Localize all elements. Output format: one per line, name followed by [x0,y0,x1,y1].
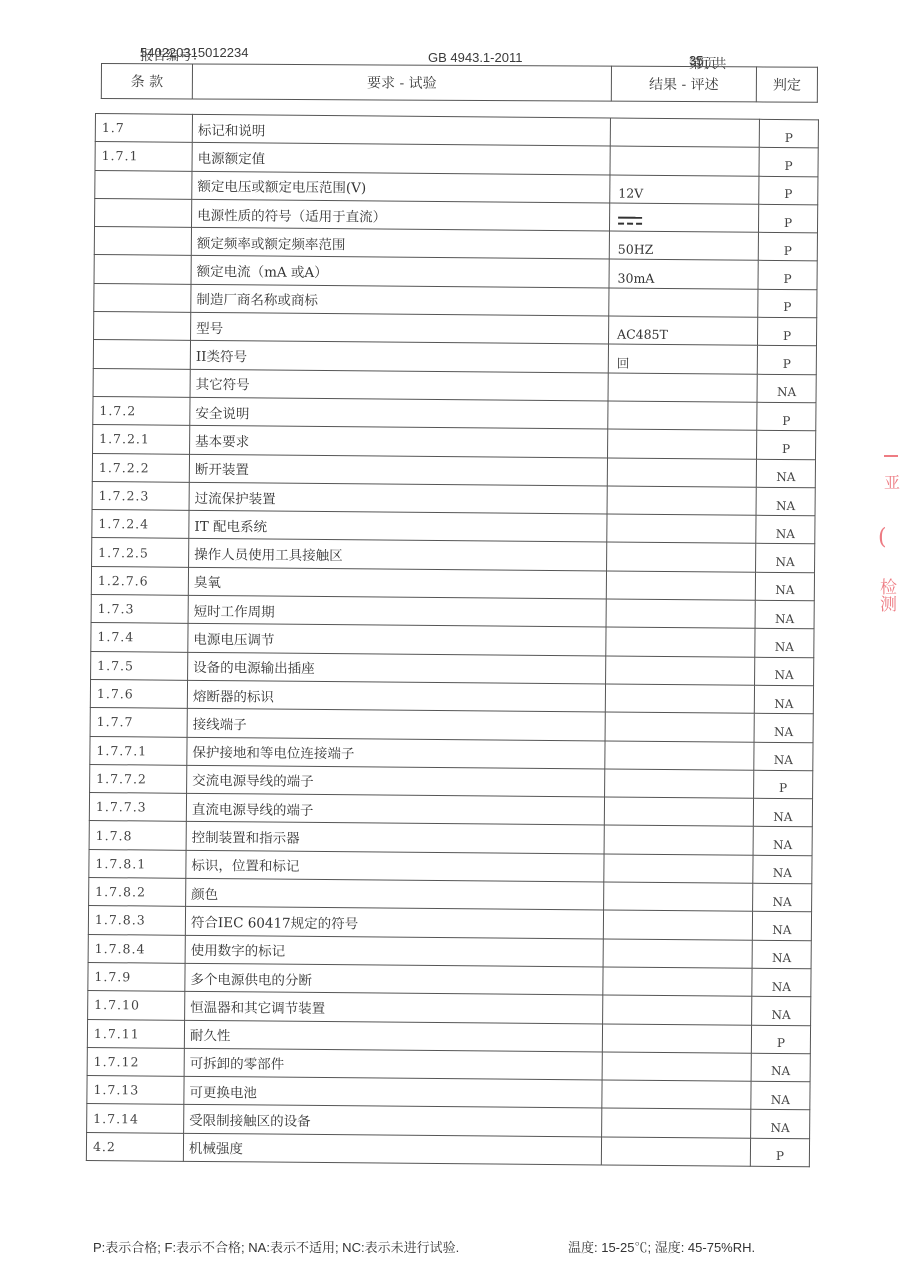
verdict-cell: NA [755,657,814,686]
requirement-cell: 其它符号 [190,369,608,401]
result-cell [603,995,752,1025]
requirement-cell: 使用数字的标记 [185,935,603,967]
report-number-value: 540220315012234 [140,45,248,60]
verdict-cell-text: P [783,300,791,314]
result-cell [607,514,756,544]
result-cell [601,1137,750,1167]
result-cell-text: 50HZ [618,242,654,257]
verdict-cell-text: NA [773,866,792,880]
verdict-cell-text: P [782,442,790,456]
requirement-cell: 设备的电源输出插座 [188,652,606,684]
verdict-cell: P [759,119,818,148]
verdict-cell-text: P [784,216,792,230]
result-cell [603,939,752,969]
verdict-cell: P [757,317,816,346]
result-cell [602,1052,751,1082]
requirement-cell: 电源额定值 [192,143,610,175]
result-cell [605,712,754,742]
result-cell [602,1023,751,1053]
result-cell-text: 回 [617,356,630,371]
requirement-cell: 基本要求 [190,426,608,458]
verdict-cell-text: P [784,187,792,201]
requirement-cell: 额定电压或额定电压范围(V) [192,171,610,203]
requirement-cell: 符合IEC 60417规定的符号 [185,907,603,939]
verdict-cell-text: NA [772,895,791,909]
clause-cell: 1.7.10 [88,991,185,1020]
verdict-cell-text: P [784,244,792,258]
clause-cell: 1.7.8.1 [89,849,186,878]
verdict-cell-text: NA [773,810,792,824]
verdict-cell: P [757,431,816,460]
verdict-cell-text: P [777,1036,785,1050]
stamp-paren: ( [878,525,887,550]
requirement-cell: 机械强度 [183,1133,601,1165]
requirement-cell: 断开装置 [189,454,607,486]
result-cell [606,627,755,657]
clause-cell: 1.7.9 [88,962,185,991]
clause-cell: 1.7.8.3 [88,906,185,935]
requirement-cell: 额定电流（mA 或A） [191,256,609,288]
verdict-cell-text: NA [772,979,791,993]
verdict-cell: P [757,346,816,375]
requirement-cell: 多个电源供电的分断 [185,963,603,995]
dc-symbol-icon [618,216,642,226]
result-cell [604,854,753,884]
verdict-cell: NA [754,714,813,743]
header-verdict: 判定 [756,67,817,102]
result-cell [604,882,753,912]
verdict-cell: NA [756,515,815,544]
result-cell [605,684,754,714]
clause-cell: 1.7.7.3 [89,793,186,822]
result-cell [604,825,753,855]
requirement-cell: IT 配电系统 [189,510,607,542]
requirement-cell: 制造厂商名称或商标 [191,284,609,316]
requirement-cell: 耐久性 [184,1020,602,1052]
result-cell [608,373,757,403]
requirement-cell: 安全说明 [190,397,608,429]
result-cell-text: 30mA [618,270,655,285]
verdict-cell: NA [753,798,812,827]
verdict-cell: NA [757,374,816,403]
clause-cell: 1.7.14 [87,1104,184,1133]
requirement-cell: 恒温器和其它调节装置 [185,992,603,1024]
table-header: 条 款 要求 - 试验 结果 - 评述 判定 [101,63,818,103]
verdict-cell-text: P [783,357,791,371]
clause-cell: 1.7.8.4 [88,934,185,963]
verdict-cell-text: NA [774,668,793,682]
requirement-cell: 颜色 [186,878,604,910]
verdict-cell: P [754,770,813,799]
verdict-cell-text: P [784,159,792,173]
verdict-cell: P [757,402,816,431]
requirement-cell: 型号 [191,312,609,344]
verdict-cell-text: P [776,1149,784,1163]
header-requirement: 要求 - 试验 [192,64,611,101]
result-cell [606,599,755,629]
result-cell: 50HZ [609,231,758,261]
clause-cell: 1.7.7.2 [90,764,187,793]
verdict-cell: P [758,232,817,261]
requirement-cell: 控制装置和指示器 [186,822,604,854]
clause-cell: 1.7.2.2 [92,453,189,482]
verdict-cell: NA [753,855,812,884]
verdict-cell: P [758,289,817,318]
verdict-cell: NA [753,883,812,912]
stamp-mark [884,455,898,457]
result-cell-text: AC485T [617,327,668,342]
requirement-cell: 臭氧 [188,567,606,599]
verdict-cell: P [750,1138,809,1167]
verdict-cell: NA [756,544,815,573]
requirement-cell: 电源电压调节 [188,624,606,656]
verdict-cell: NA [751,1081,810,1110]
environment-conditions: 温度: 15-25℃; 湿度: 45-75%RH. [568,1237,755,1256]
verdict-cell-text: NA [775,612,794,626]
result-cell [605,769,754,799]
verdict-cell-text: NA [775,583,794,597]
verdict-cell-text: NA [772,951,791,965]
result-cell [606,656,755,686]
clause-cell [95,198,192,227]
verdict-cell-text: NA [776,470,795,484]
verdict-legend: P:表示合格; F:表示不合格; NA:表示不适用; NC:表示未进行试验. [93,1240,459,1255]
clause-cell: 1.7.1 [95,142,192,171]
result-cell [603,910,752,940]
clause-cell: 1.7.2.5 [92,538,189,567]
requirement-cell: 交流电源导线的端子 [187,765,605,797]
requirement-cell: 受限制接触区的设备 [184,1105,602,1137]
clause-cell: 1.7.6 [90,679,187,708]
result-cell [608,429,757,459]
verdict-cell-text: NA [774,725,793,739]
verdict-cell: P [759,148,818,177]
clause-cell [93,340,190,369]
requirement-cell: II类符号 [190,341,608,373]
clause-cell: 1.7.2.3 [92,481,189,510]
result-cell: 12V [610,175,759,205]
clause-cell: 1.7.8 [89,821,186,850]
result-cell [603,967,752,997]
clause-cell: 1.7.8.2 [89,877,186,906]
clause-cell: 4.2 [86,1132,183,1161]
stamp-char: 亚 [884,470,900,493]
standard-code: GB 4943.1-2011 [428,50,522,65]
result-cell [607,542,756,572]
header-clause: 条 款 [101,64,192,99]
result-cell [606,571,755,601]
verdict-cell: P [751,1025,810,1054]
clause-cell [94,255,191,284]
result-cell [610,146,759,176]
result-cell [604,797,753,827]
clause-cell: 1.7.12 [87,1047,184,1076]
clause-cell: 1.7.7 [90,708,187,737]
result-cell [605,741,754,771]
result-cell [610,118,759,148]
verdict-cell: NA [753,827,812,856]
clause-cell [95,170,192,199]
verdict-cell-text: NA [776,498,795,512]
verdict-cell: NA [755,600,814,629]
verdict-cell-text: P [782,414,790,428]
result-cell [602,1108,751,1138]
clause-cell [94,283,191,312]
verdict-cell-text: P [783,329,791,343]
clause-cell: 1.7.13 [87,1076,184,1105]
result-cell [609,288,758,318]
verdict-cell: NA [752,940,811,969]
test-results-table: 1.7标记和说明P1.7.1电源额定值P额定电压或额定电压范围(V)12VP电源… [86,113,819,1167]
verdict-cell: P [758,261,817,290]
requirement-cell: 接线端子 [187,709,605,741]
result-cell: 回 [608,344,757,374]
verdict-cell-text: P [779,781,787,795]
clause-cell [93,368,190,397]
result-cell-text: 12V [618,185,643,200]
verdict-cell-text: NA [775,555,794,569]
clause-cell: 1.7.4 [91,623,188,652]
stamp-char: 检测 [880,580,897,614]
verdict-cell-text: NA [775,640,794,654]
requirement-cell: 熔断器的标识 [187,680,605,712]
verdict-cell: NA [751,1110,810,1139]
result-cell [607,486,756,516]
header-result: 结果 - 评述 [611,66,756,102]
requirement-cell: 过流保护装置 [189,482,607,514]
verdict-cell-text: NA [777,385,796,399]
clause-cell: 1.7.3 [91,595,188,624]
requirement-cell: 可更换电池 [184,1076,602,1108]
result-cell: 30mA [609,259,758,289]
verdict-cell: NA [754,742,813,771]
verdict-cell: NA [751,1053,810,1082]
verdict-cell: NA [756,459,815,488]
report-header: 报告编号：540220315012234 GB 4943.1-2011 第3页 … [140,44,820,64]
requirement-cell: 操作人员使用工具接触区 [189,539,607,571]
verdict-cell: NA [752,968,811,997]
verdict-cell-text: P [785,131,793,145]
verdict-cell-text: NA [771,1064,790,1078]
clause-cell: 1.7 [95,114,192,143]
requirement-cell: 直流电源导线的端子 [186,793,604,825]
verdict-cell-text: P [783,272,791,286]
clause-cell: 1.7.2.4 [92,510,189,539]
result-cell [609,203,758,233]
verdict-cell: NA [756,487,815,516]
verdict-cell-text: NA [772,1008,791,1022]
verdict-cell-text: NA [772,923,791,937]
requirement-cell: 电源性质的符号（适用于直流） [192,199,610,231]
verdict-cell: NA [755,572,814,601]
verdict-cell: P [759,176,818,205]
table-row: 4.2机械强度P [86,1132,809,1167]
verdict-cell-text: NA [776,527,795,541]
clause-cell: 1.7.2 [93,396,190,425]
requirement-cell: 标记和说明 [192,114,610,146]
verdict-cell-text: NA [774,753,793,767]
verdict-cell-text: NA [774,697,793,711]
requirement-cell: 短时工作周期 [188,595,606,627]
clause-cell [94,312,191,341]
clause-cell: 1.7.7.1 [90,736,187,765]
result-cell [607,458,756,488]
verdict-cell: NA [752,912,811,941]
verdict-cell: NA [754,685,813,714]
result-cell [608,401,757,431]
requirement-cell: 额定频率或额定频率范围 [191,228,609,260]
requirement-cell: 保护接地和等电位连接端子 [187,737,605,769]
verdict-cell-text: NA [771,1093,790,1107]
footer-legend: P:表示合格; F:表示不合格; NA:表示不适用; NC:表示未进行试验. 温… [93,1237,813,1256]
verdict-cell: P [758,204,817,233]
requirement-cell: 可拆卸的零部件 [184,1048,602,1080]
verdict-cell-text: NA [771,1121,790,1135]
verdict-cell: NA [755,629,814,658]
clause-cell [94,227,191,256]
clause-cell: 1.7.5 [91,651,188,680]
result-cell [602,1080,751,1110]
result-cell: AC485T [609,316,758,346]
clause-cell: 1.7.2.1 [93,425,190,454]
clause-cell: 1.7.11 [87,1019,184,1048]
verdict-cell-text: NA [773,838,792,852]
requirement-cell: 标识，位置和标记 [186,850,604,882]
verdict-cell: NA [752,996,811,1025]
clause-cell: 1.2.7.6 [91,566,188,595]
